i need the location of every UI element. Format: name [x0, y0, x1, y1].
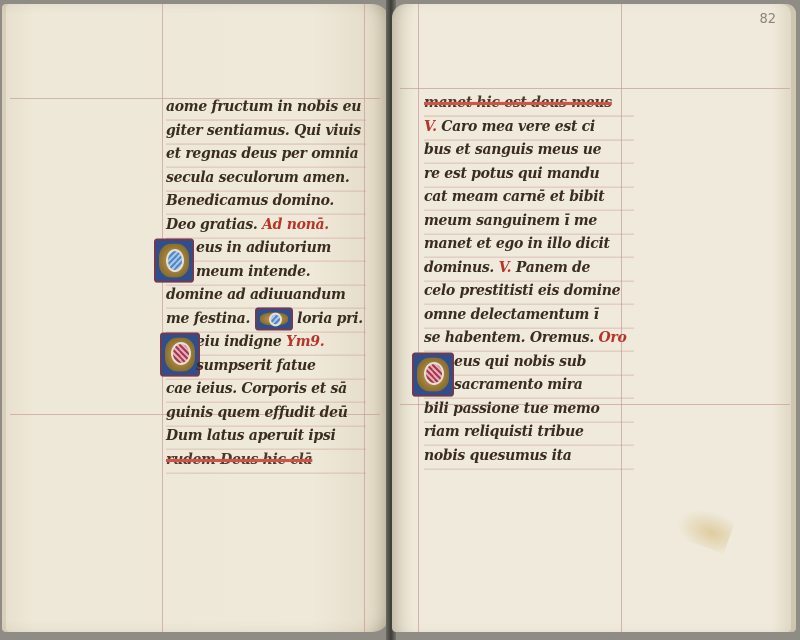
- ruling-line: [418, 4, 419, 632]
- text-line: dominus. V. Panem de: [424, 256, 634, 281]
- text-line: me festina. loria pri.: [166, 307, 366, 332]
- ruling-line: [400, 88, 790, 89]
- text-line: guinis quem effudit deū: [166, 401, 366, 426]
- text-line: giter sentiamus. Qui viuis: [166, 119, 366, 144]
- text-line: eus in adiutorium: [166, 236, 366, 261]
- text-line: sacramento mira: [424, 373, 634, 398]
- folio-number: 82: [759, 12, 776, 27]
- text-line: se habentem. Oremus. Oro: [424, 326, 634, 351]
- left-text-block: aome fructum in nobis eu giter sentiamus…: [166, 96, 366, 472]
- text-line: riam reliquisti tribue: [424, 420, 634, 445]
- text-line: eiu indigne Ym9.: [166, 330, 366, 355]
- text-line: cae ieius. Corporis et sā: [166, 377, 366, 402]
- text-line: aome fructum in nobis eu: [166, 95, 366, 120]
- text-line: sumpserit fatue: [166, 354, 366, 379]
- text-line: bili passione tue memo: [424, 397, 634, 422]
- rubric: V.: [424, 118, 437, 135]
- text-line: meum intende.: [166, 260, 366, 285]
- text-line: manet et ego in illo dicit: [424, 232, 634, 257]
- rubric: V.: [499, 259, 512, 276]
- text-line: eus qui nobis sub: [424, 350, 634, 375]
- text-line: secula seculorum amen.: [166, 166, 366, 191]
- text-line: omne delectamentum ī: [424, 303, 634, 328]
- text-line: re est potus qui mandu: [424, 162, 634, 187]
- rubric: Ad nonā.: [262, 216, 329, 233]
- rubric: Ym9.: [286, 334, 324, 351]
- rubric: Oro: [599, 330, 627, 347]
- text-line: celo prestitisti eis domine: [424, 279, 634, 304]
- illuminated-initial-g-icon: [255, 307, 293, 330]
- text-line: cat meam carnē et bibit: [424, 185, 634, 210]
- text-line: manet hic est deus meus: [424, 91, 634, 116]
- text-line: V. Caro mea vere est ci: [424, 115, 634, 140]
- open-manuscript: 82 aome fructum in nobis eu giter sentia…: [0, 0, 800, 640]
- text-line: domine ad adiuuandum: [166, 283, 366, 308]
- text-line: bus et sanguis meus ue: [424, 138, 634, 163]
- right-text-block: manet hic est deus meus V. Caro mea vere…: [424, 92, 634, 468]
- text-line: et regnas deus per omnia: [166, 142, 366, 167]
- text-line: rudem Deus hic clā: [166, 448, 366, 473]
- text-line: Benedicamus domino.: [166, 189, 366, 214]
- text-line: meum sanguinem ī me: [424, 209, 634, 234]
- text-line: Dum latus aperuit ipsi: [166, 424, 366, 449]
- text-line: nobis quesumus ita: [424, 444, 634, 469]
- text-line: Deo gratias. Ad nonā.: [166, 213, 366, 238]
